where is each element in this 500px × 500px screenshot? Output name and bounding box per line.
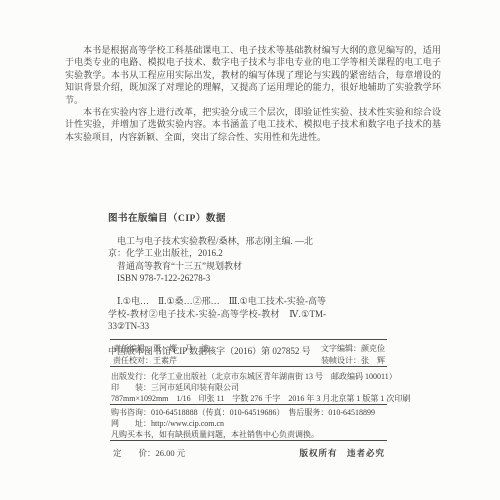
footer-line: 定 价：26.00 元 版权所有 违者必究 <box>113 447 385 459</box>
credit-responsible-editor: 责任编辑：贾 娜 马 波 <box>113 343 209 355</box>
credit-proofreader: 责任校对：王素芹 <box>113 355 177 367</box>
copyright-notice: 版权所有 违者必究 <box>299 447 385 459</box>
cip-isbn: ISBN 978-7-122-26278-3 <box>108 272 326 285</box>
contact-block: 购书咨询：010-64518888（传真：010-64519686） 售后服务：… <box>111 408 387 440</box>
divider-rule-3 <box>110 404 387 405</box>
divider-rule-4 <box>110 440 387 441</box>
format-edition-line: 787mm×1092mm 1/16 印张 11 字数 276 千字 2016 年… <box>111 393 387 404</box>
cip-entry: 电工与电子技术实验教程/桑林，邢志刚主编. —北京：化学工业出版社，2016.2 <box>108 235 326 260</box>
intro-paragraph-2: 本书在实验内容上进行改革，把实验分成三个层次，即验证性实验、技术性实验和综合设计… <box>65 106 441 143</box>
printer-line: 印 装：三河市延风印装有限公司 <box>111 382 387 393</box>
cip-classification: Ⅰ.①电… Ⅱ.①桑…②邢… Ⅲ.①电工技术-实验-高等学校-教材②电子技术-实… <box>108 295 326 333</box>
book-copyright-page: 本书是根据高等学校工科基础课电工、电子技术等基础教材编写大纲的意见编写的，适用于… <box>0 0 500 500</box>
cip-heading: 图书在版编目（CIP）数据 <box>108 213 326 226</box>
purchase-phone-line: 购书咨询：010-64518888（传真：010-64519686） 售后服务：… <box>111 408 387 419</box>
price-label: 定 价：26.00 元 <box>113 447 185 459</box>
publisher-line: 出版发行：化学工业出版社（北京市东城区青年湖南街 13 号 邮政编码 10001… <box>111 371 387 382</box>
website-line: 网 址：http://www.cip.com.cn <box>111 419 387 430</box>
divider-rule-2 <box>110 366 387 367</box>
cip-series: 普通高等教育“十三五”规划教材 <box>108 260 326 273</box>
divider-rule-1 <box>110 339 387 340</box>
credits-block: 责任编辑：贾 娜 马 波 文字编辑：颜克俭 责任校对：王素芹 装帧设计：张 辉 <box>113 343 385 366</box>
credit-designer: 装帧设计：张 辉 <box>321 355 385 367</box>
book-intro: 本书是根据高等学校工科基础课电工、电子技术等基础教材编写大纲的意见编写的，适用于… <box>65 44 441 143</box>
publishing-block: 出版发行：化学工业出版社（北京市东城区青年湖南街 13 号 邮政编码 10001… <box>111 371 387 404</box>
credit-text-editor: 文字编辑：颜克俭 <box>321 343 385 355</box>
cip-data-block: 图书在版编目（CIP）数据 电工与电子技术实验教程/桑林，邢志刚主编. —北京：… <box>108 213 326 357</box>
intro-paragraph-1: 本书是根据高等学校工科基础课电工、电子技术等基础教材编写大纲的意见编写的，适用于… <box>65 44 441 106</box>
exchange-notice-line: 凡购买本书，如有缺损质量问题，本社销售中心负责调换。 <box>111 430 387 441</box>
